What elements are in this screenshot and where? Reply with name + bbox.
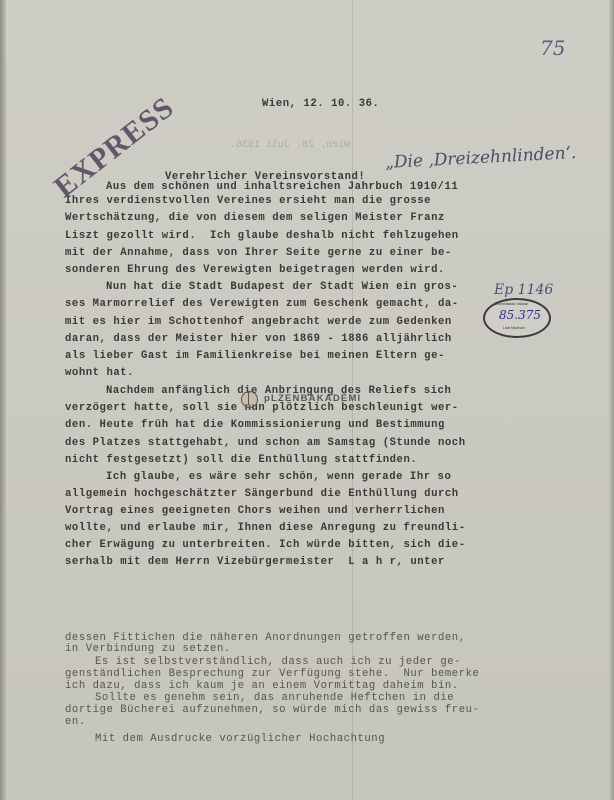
archive-stamp-bottom: Liszt Múzeum [503, 326, 525, 330]
archive-stamp-top: Zeneműkiadó Vállalat [494, 302, 528, 306]
handwritten-note: „Die ‚Dreizehnlinden‘. [385, 143, 577, 173]
text-line: Es ist selbstverständlich, dass auch ich… [95, 656, 461, 668]
text-line: cher Erwägung zu unterbreiten. Ich würde… [65, 539, 466, 551]
text-line: ich dazu, dass ich kaum je an einem Vorm… [65, 680, 459, 692]
text-line: Sollte es genehm sein, das anruhende Hef… [95, 692, 454, 704]
text-line: mit es hier im Schottenhof angebracht we… [65, 316, 452, 328]
text-line: serhalb mit dem Herrn Vizebürgermeister … [65, 556, 445, 568]
text-line: verzögert hatte, soll sie nun plötzlich … [65, 402, 459, 414]
text-line: dortige Bücherei aufzunehmen, so würde m… [65, 704, 479, 716]
text-line: mit der Annahme, dass von Ihrer Seite ge… [65, 247, 452, 259]
text-line: Ihres verdienstvollen Vereines ersieht m… [65, 195, 431, 207]
text-line: wollte, und erlaube mir, Ihnen diese Anr… [65, 522, 466, 534]
text-line: sonderen Ehrung des Verewigten beigetrag… [65, 264, 445, 276]
text-line: in Verbindung zu setzen. [65, 643, 231, 655]
text-line: ses Marmorrelief des Verewigten zum Gesc… [65, 298, 459, 310]
text-line: Liszt gezollt wird. Ich glaube deshalb n… [65, 230, 459, 242]
text-line: daran, dass der Meister hier von 1869 - … [65, 333, 452, 345]
archive-reference: Ep 1146 [494, 282, 553, 298]
text-line: wohnt hat. [65, 367, 134, 379]
text-line: genständlichen Besprechung zur Verfügung… [65, 668, 479, 680]
page-edge-left [0, 0, 6, 800]
archive-stamp-number: 85.375 [499, 308, 541, 322]
text-line: Vortrag eines geeigneten Chors weihen un… [65, 505, 445, 517]
text-line: en. [65, 716, 86, 728]
text-line: Ich glaube, es wäre sehr schön, wenn ger… [106, 471, 451, 483]
letter-page: 75 EXPRESS Wien, 12. 10. 36. Wien, 28. J… [0, 0, 614, 800]
text-line: des Platzes stattgehabt, und schon am Sa… [65, 437, 466, 449]
place-date: Wien, 12. 10. 36. [262, 98, 379, 110]
text-line: Wertschätzung, die von diesem dem selige… [65, 212, 445, 224]
text-line: den. Heute früh hat die Kommissionierung… [65, 419, 445, 431]
ghost-date-bleedthrough: Wien, 28. Juli 1936. [230, 140, 350, 151]
text-line: allgemein hochgeschätzter Sängerbund die… [65, 488, 459, 500]
page-edge-right [609, 0, 614, 800]
text-line: Nun hat die Stadt Budapest der Stadt Wie… [106, 281, 458, 293]
seal-stamp-icon [241, 391, 258, 408]
closing-line: Mit dem Ausdrucke vorzüglicher Hochachtu… [95, 733, 385, 745]
text-line: nicht festgesetzt) soll die Enthüllung s… [65, 454, 417, 466]
text-line: Aus dem schönen und inhaltsreichen Jahrb… [106, 181, 458, 193]
overlay-stamp-text: pLZENBAKADÉMI [264, 393, 361, 404]
folio-number: 75 [540, 36, 565, 60]
text-line: als lieber Gast im Familienkreise bei me… [65, 350, 445, 362]
